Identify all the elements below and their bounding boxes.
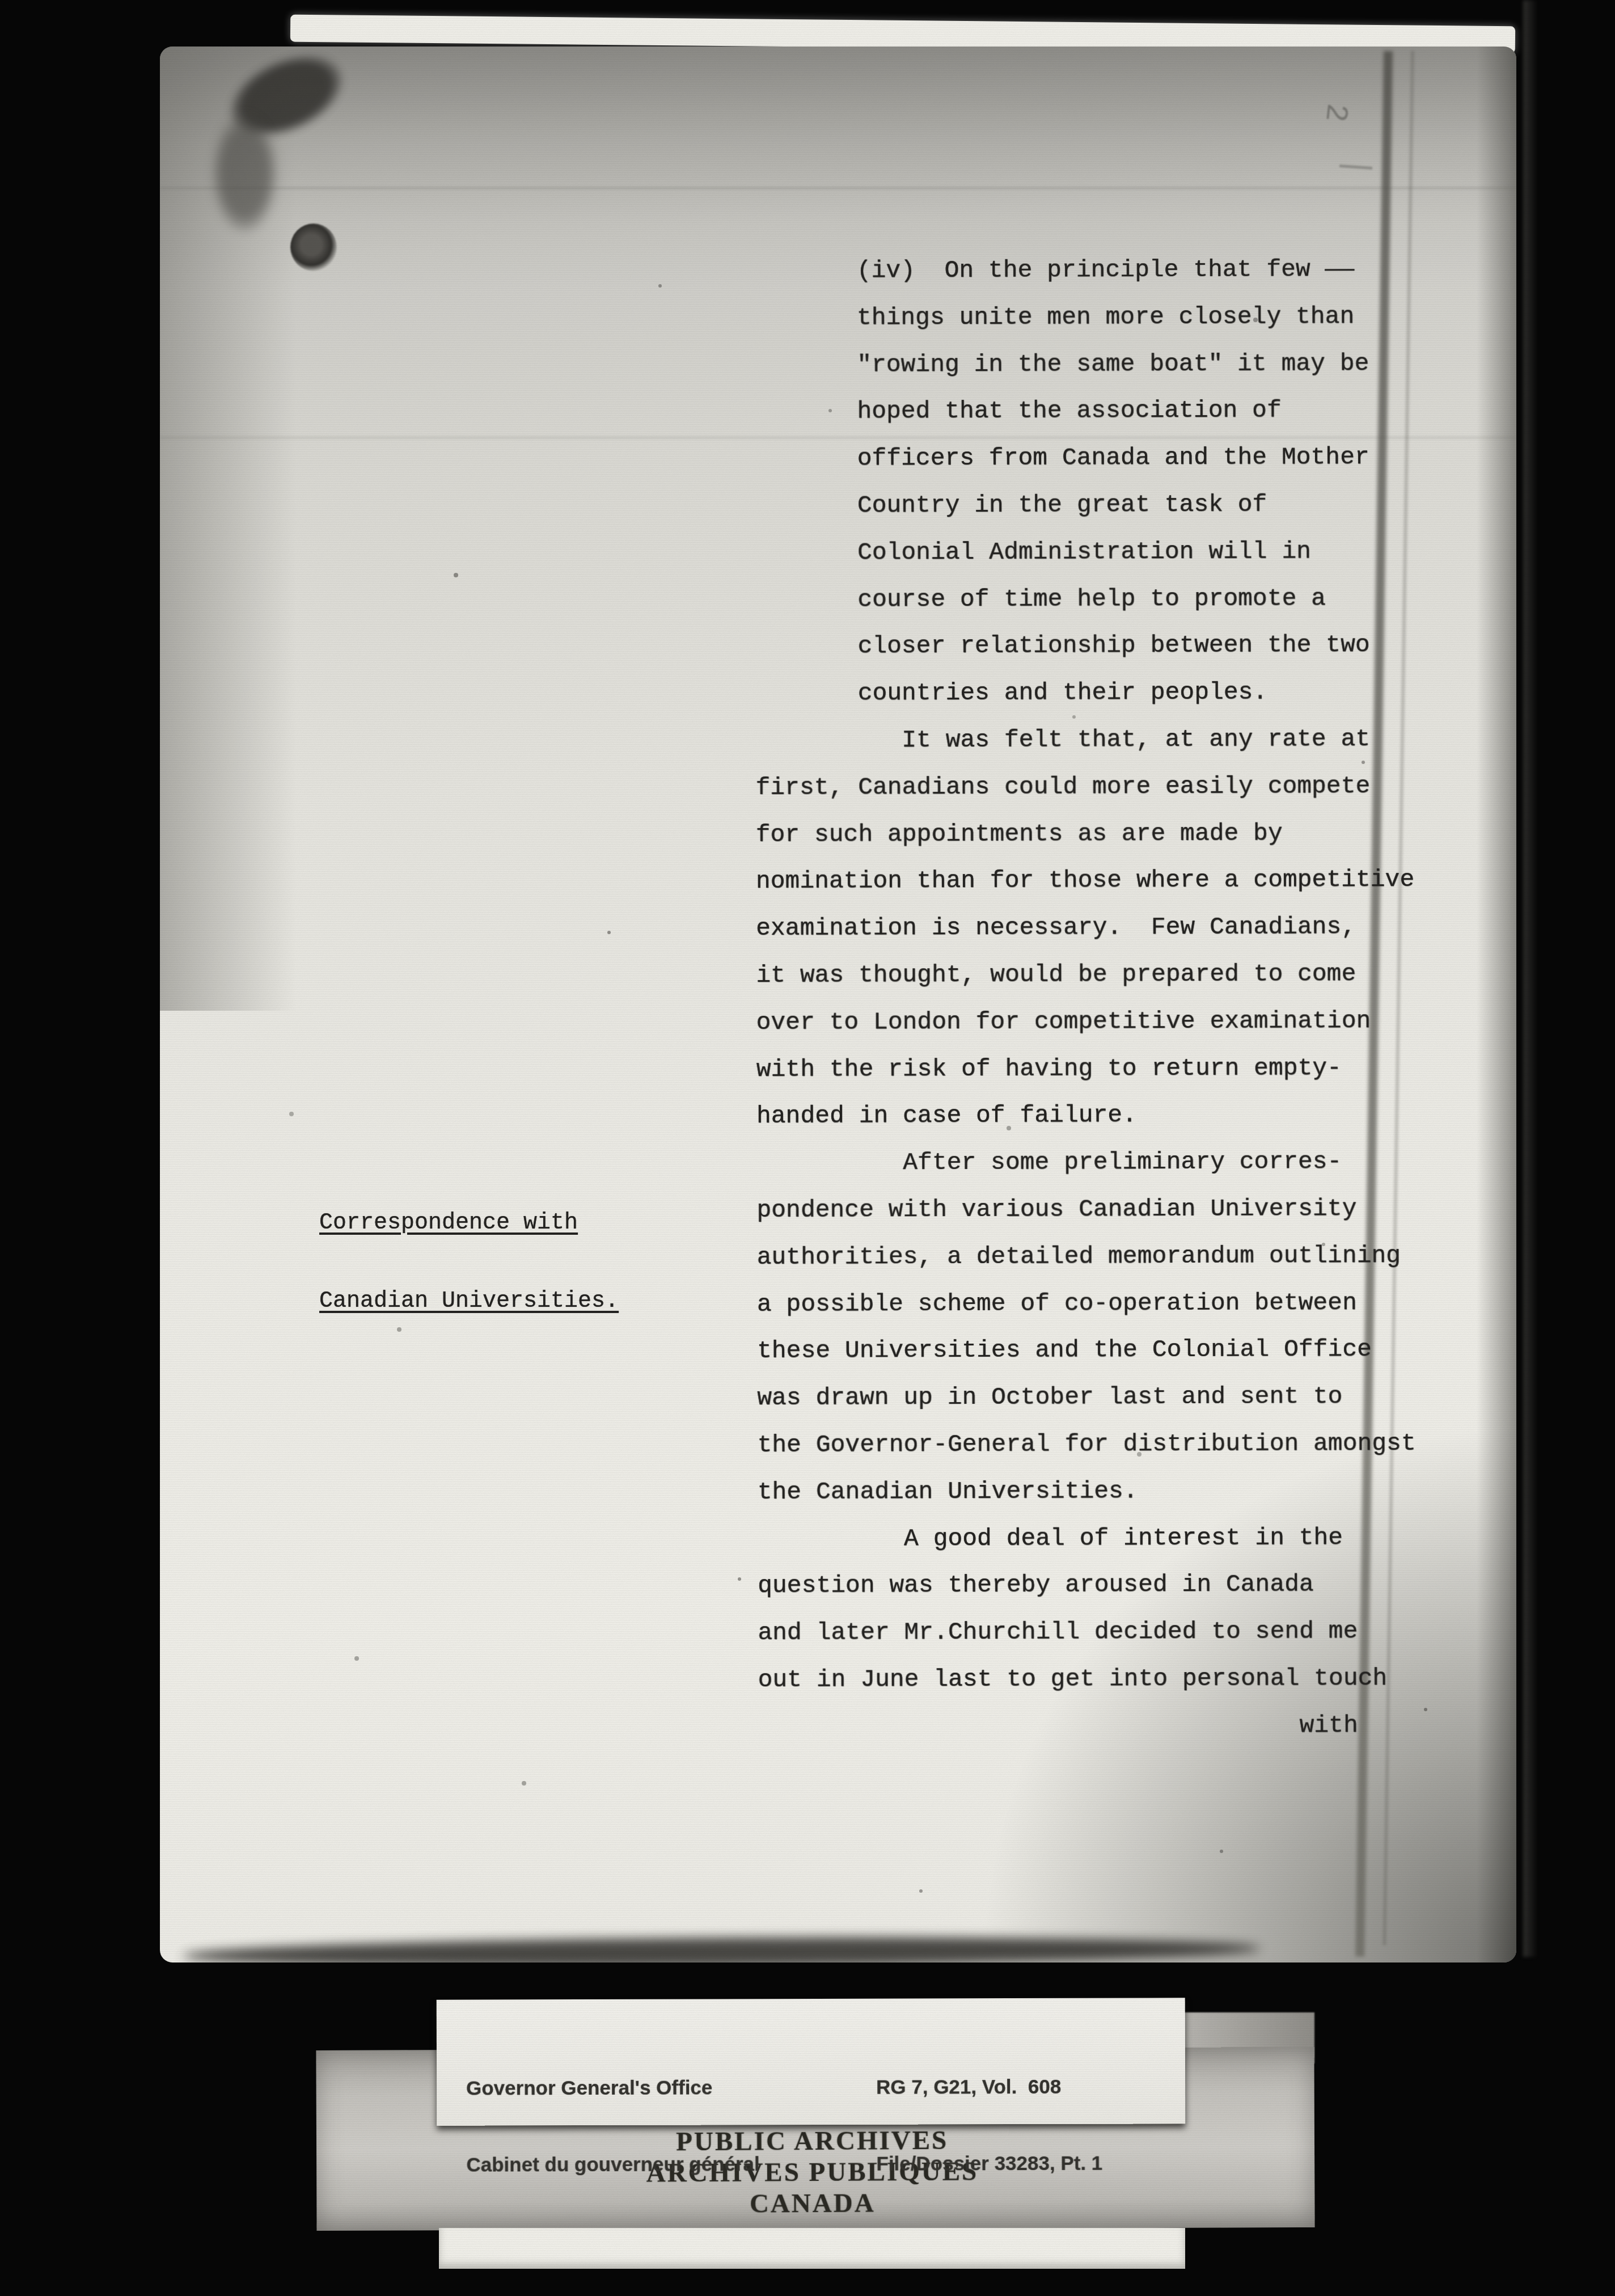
typewritten-line: Colonial Administration will in (755, 528, 1413, 577)
typewritten-line: examination is necessary. Few Canadians, (756, 904, 1414, 952)
typewritten-line: A good deal of interest in the (758, 1514, 1416, 1563)
punch-hole-mark (290, 223, 337, 271)
typewritten-line: question was thereby aroused in Canada (758, 1561, 1416, 1610)
record-group-line: RG 7, G21, Vol. 608 (876, 2074, 1102, 2100)
margin-note-line: Canadian Universities. (319, 1289, 619, 1314)
typewritten-body: (iv) On the principle that few —— things… (754, 246, 1417, 1751)
microfilm-scan: 2 Correspondence with Canadian Universit… (0, 0, 1615, 2296)
typewritten-line: closer relationship between the two (755, 622, 1414, 670)
typewritten-line: was drawn up in October last and sent to (757, 1373, 1415, 1422)
typewritten-line: these Universities and the Colonial Offi… (757, 1326, 1415, 1375)
typewritten-line: countries and their peoples. (755, 669, 1414, 717)
typewritten-line: and later Mr.Churchill decided to send m… (758, 1608, 1416, 1657)
margin-note: Correspondence with Canadian Universitie… (319, 1158, 619, 1367)
margin-note-line: Correspondence with (319, 1210, 578, 1236)
typewritten-line: hoped that the association of (755, 387, 1413, 436)
typewritten-line: the Canadian Universities. (758, 1467, 1416, 1516)
office-name-en: Governor General's Office (466, 2075, 759, 2101)
typewritten-line: authorities, a detailed memorandum outli… (757, 1233, 1415, 1281)
archival-reference-card: Governor General's Office Cabinet du gou… (437, 1998, 1186, 2125)
typewritten-line: things unite men more closely than (754, 293, 1413, 342)
typewritten-line: first, Canadians could more easily compe… (755, 763, 1414, 812)
bottom-white-strip (439, 2228, 1185, 2269)
typewritten-line: course of time help to promote a (755, 575, 1414, 624)
typewritten-line: the Governor-General for distribution am… (757, 1420, 1415, 1469)
governor-general-office-stamp: Governor General's Office Cabinet du gou… (466, 2024, 760, 2229)
typewritten-line: nomination than for those where a compet… (756, 856, 1414, 905)
record-group-stamp: RG 7, G21, Vol. 608 File/Dossier 33283, … (876, 2023, 1103, 2228)
typewritten-line: for such appointments as are made by (756, 810, 1414, 859)
typewritten-line: It was felt that, at any rate at (755, 716, 1414, 765)
paper-specks (160, 47, 162, 49)
typewritten-line: (iv) On the principle that few —— (754, 246, 1413, 295)
file-dossier-line: File/Dossier 33283, Pt. 1 (876, 2151, 1102, 2177)
typewritten-line: Country in the great task of (755, 481, 1413, 530)
typewritten-line: pondence with various Canadian Universit… (756, 1185, 1415, 1234)
typewritten-line: After some preliminary corres- (756, 1138, 1415, 1187)
typewritten-line: "rowing in the same boat" it may be (754, 340, 1413, 389)
typewritten-line: with the risk of having to return empty- (756, 1045, 1415, 1094)
torn-corner-mark (212, 113, 277, 233)
typewritten-line: it was thought, would be prepared to com… (756, 951, 1414, 999)
typewritten-line: officers from Canada and the Mother (755, 434, 1413, 483)
typewritten-line: over to London for competitive examinati… (756, 998, 1414, 1046)
office-name-fr: Cabinet du gouverneur général (466, 2151, 759, 2177)
handwritten-page-number: 2 (1317, 102, 1353, 124)
typewritten-line: a possible scheme of co-operation betwee… (757, 1279, 1415, 1328)
paper-crease (160, 187, 1516, 189)
typewritten-line: out in June last to get into personal to… (758, 1655, 1417, 1704)
film-edge-band (1523, 0, 1538, 1957)
typewritten-line: handed in case of failure. (756, 1091, 1415, 1140)
typewritten-line: with (758, 1702, 1417, 1751)
